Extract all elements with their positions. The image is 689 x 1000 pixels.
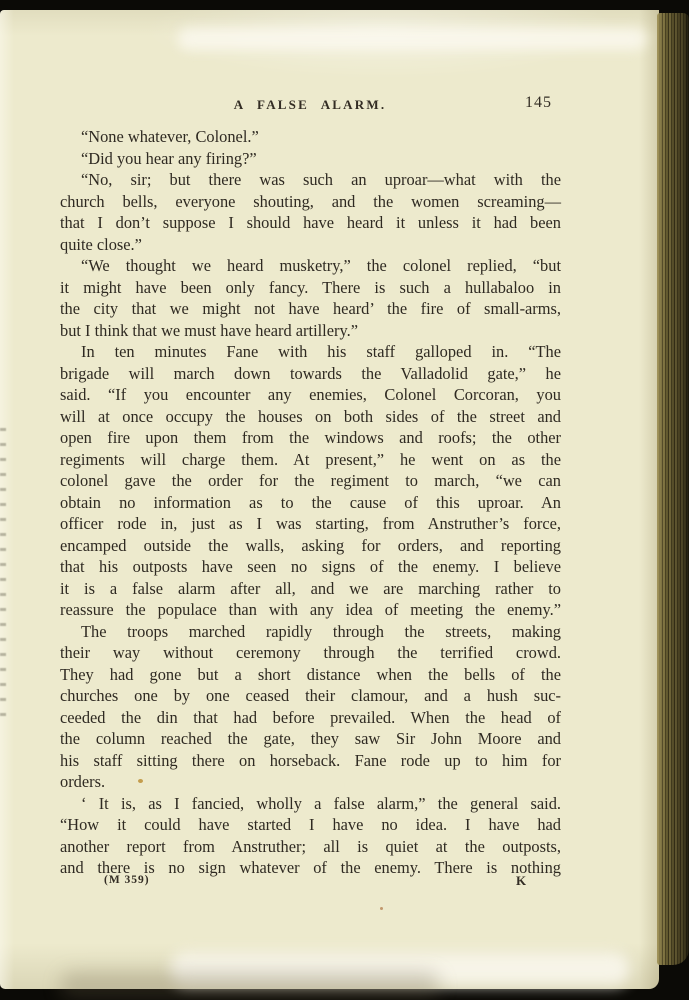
running-title: A FALSE ALARM. <box>234 97 387 112</box>
paragraph: “Did you hear any firing?” <box>60 148 561 170</box>
text-line: orders. <box>60 771 561 793</box>
paragraph: The troops marched rapidly through the s… <box>60 621 561 793</box>
page-curl-shadow <box>60 972 440 998</box>
text-line: colonel gave the order for the regiment … <box>60 470 561 492</box>
text-line: said. “If you encounter any enemies, Col… <box>60 384 561 406</box>
text-line: “How it could have started I have no ide… <box>60 814 561 836</box>
text-line: encamped outside the walls, asking for o… <box>60 535 561 557</box>
text-line: the city that we might not have heard’ t… <box>60 298 561 320</box>
text-line: the column reached the gate, they saw Si… <box>60 728 561 750</box>
text-line: obtain no information as to the cause of… <box>60 492 561 514</box>
text-line: brigade will march down towards the Vall… <box>60 363 561 385</box>
text-line: “We thought we heard musketry,” the colo… <box>60 255 561 277</box>
book-fore-edge <box>657 13 689 965</box>
text-line: officer rode in, just as I was starting,… <box>60 513 561 535</box>
paragraph: ‘ It is, as I fancied, wholly a false al… <box>60 793 561 879</box>
text-line: The troops marched rapidly through the s… <box>60 621 561 643</box>
text-line: his staff sitting there on horseback. Fa… <box>60 750 561 772</box>
text-line: church bells, everyone shouting, and the… <box>60 191 561 213</box>
paragraph: In ten minutes Fane with his staff gallo… <box>60 341 561 621</box>
text-line: In ten minutes Fane with his staff gallo… <box>60 341 561 363</box>
text-line: quite close.” <box>60 234 561 256</box>
text-line: that I don’t suppose I should have heard… <box>60 212 561 234</box>
text-line: their way without ceremony through the t… <box>60 642 561 664</box>
text-line: open fire upon them from the windows and… <box>60 427 561 449</box>
scan-glare-top <box>178 28 646 50</box>
text-line: “None whatever, Colonel.” <box>60 126 561 148</box>
printer-signature: (M 359) <box>104 874 150 886</box>
text-line: “Did you hear any firing?” <box>60 148 561 170</box>
text-line: will at once occupy the houses on both s… <box>60 406 561 428</box>
text-block: “None whatever, Colonel.”“Did you hear a… <box>60 126 561 879</box>
page-number: 145 <box>525 94 552 112</box>
text-line: ‘ It is, as I fancied, wholly a false al… <box>60 793 561 815</box>
ink-bleed-left-edge <box>0 428 6 720</box>
paragraph: “None whatever, Colonel.” <box>60 126 561 148</box>
page-footer: (M 359) K <box>60 873 561 889</box>
foxing-spot <box>380 907 383 910</box>
text-line: it is a false alarm after all, and we ar… <box>60 578 561 600</box>
gathering-signature: K <box>516 873 526 889</box>
paragraph: “We thought we heard musketry,” the colo… <box>60 255 561 341</box>
book-scan: A FALSE ALARM. 145 “None whatever, Colon… <box>0 0 689 1000</box>
text-line: reassure the populace than with any idea… <box>60 599 561 621</box>
text-line: that his outposts have seen no signs of … <box>60 556 561 578</box>
text-line: “No, sir; but there was such an uproar—w… <box>60 169 561 191</box>
text-line: it might have been only fancy. There is … <box>60 277 561 299</box>
scan-glare-bottom <box>170 952 630 986</box>
book-page: A FALSE ALARM. 145 “None whatever, Colon… <box>0 10 659 989</box>
text-line: churches one by one ceased their clamour… <box>60 685 561 707</box>
text-line: They had gone but a short distance when … <box>60 664 561 686</box>
text-line: ceeded the din that had before prevailed… <box>60 707 561 729</box>
text-line: another report from Anstruther; all is q… <box>60 836 561 858</box>
text-line: regiments will charge them. At present,”… <box>60 449 561 471</box>
page-header: A FALSE ALARM. 145 <box>60 96 560 114</box>
text-line: but I think that we must have heard arti… <box>60 320 561 342</box>
paragraph: “No, sir; but there was such an uproar—w… <box>60 169 561 255</box>
